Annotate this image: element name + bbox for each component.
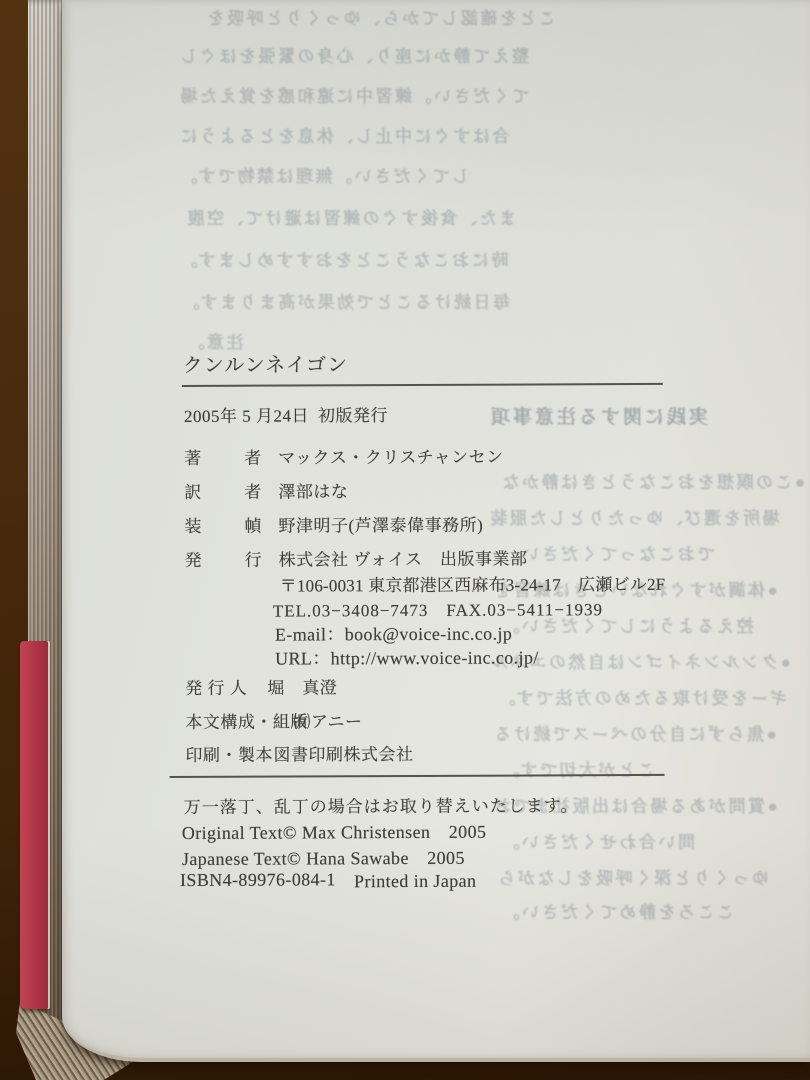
translator-label-2: 者 bbox=[244, 478, 262, 503]
colophon-text: クンルンネイゴン 2005年 5 月24日 初版発行 著 者 マックス・クリスチ… bbox=[0, 0, 810, 1080]
designer-label-1: 装 bbox=[184, 512, 202, 537]
book-photo: ことを確認してから、ゆっくりと呼吸を整えて静かに座り、心身の緊張をほぐしてくださ… bbox=[0, 0, 810, 1080]
publisher-label-2: 行 bbox=[245, 546, 263, 571]
composition-label: 本文構成・組版 bbox=[185, 707, 308, 733]
copyright-japanese: Japanese Text© Hana Sawabe 2005 bbox=[182, 844, 465, 871]
printing-label: 印刷・製本 bbox=[185, 741, 273, 766]
author-label-2: 者 bbox=[244, 444, 262, 469]
publisher-url: URL：http://www.voice-inc.co.jp/ bbox=[275, 643, 539, 670]
designer-label-2: 幀 bbox=[244, 512, 262, 537]
publisher-email: E-mail：book@voice-inc.co.jp bbox=[275, 620, 512, 647]
edition-label: 初版発行 bbox=[318, 401, 388, 426]
designer-name: 野津明子(芦澤泰偉事務所) bbox=[278, 511, 483, 537]
author-name: マックス・クリスチャンセン bbox=[278, 443, 504, 469]
composition-company: ㈲アニー bbox=[293, 707, 362, 732]
translator-label-1: 訳 bbox=[184, 478, 202, 503]
publisher-name: 株式会社 ヴォイス 出版事業部 bbox=[279, 544, 528, 570]
publisher-phone: TEL.03−3408−7473 FAX.03−5411−1939 bbox=[273, 595, 603, 621]
issuer-label: 発 行 人 bbox=[185, 674, 247, 699]
issuer-name: 堀 真澄 bbox=[267, 673, 337, 698]
title-divider bbox=[182, 383, 663, 387]
footer-divider bbox=[170, 774, 665, 778]
isbn-number: ISBN4-89976-084-1 bbox=[180, 869, 336, 891]
printing-company: 図書印刷株式会社 bbox=[273, 740, 413, 766]
printed-in-japan: Printed in Japan bbox=[354, 871, 476, 893]
publisher-label-1: 発 bbox=[185, 546, 203, 571]
author-label-1: 著 bbox=[184, 444, 202, 469]
replacement-notice: 万一落丁、乱丁の場合はお取り替えいたします。 bbox=[184, 791, 579, 818]
copyright-original: Original Text© Max Christensen 2005 bbox=[182, 818, 487, 845]
publication-date: 2005年 5 月24日 bbox=[184, 401, 309, 427]
publisher-address: 〒106-0031 東京都港区西麻布3-24-17 広瀬ビル2F bbox=[280, 570, 666, 597]
translator-name: 澤部はな bbox=[278, 477, 348, 502]
book-title: クンルンネイゴン bbox=[183, 348, 348, 378]
